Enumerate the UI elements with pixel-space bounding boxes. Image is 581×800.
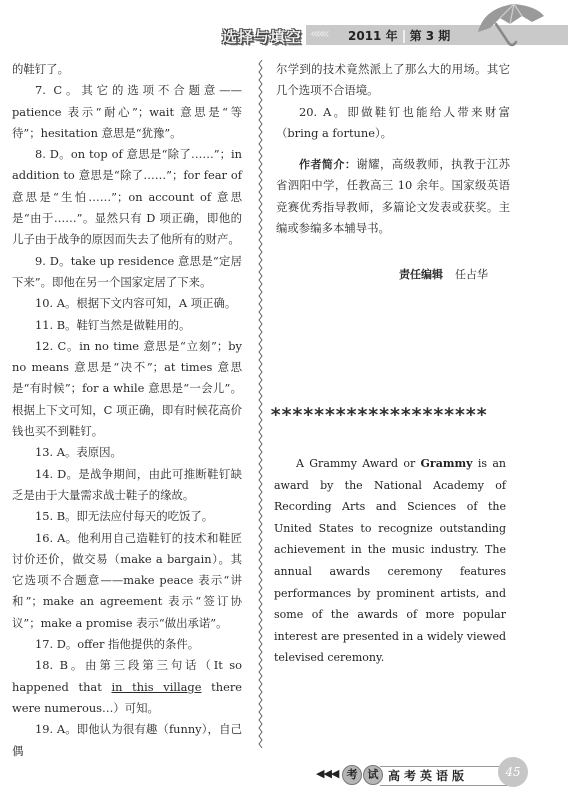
paragraph-continued: 的鞋钉了。: [12, 59, 242, 80]
badge-kao: 考: [342, 765, 362, 785]
responsible-editor: 责任编辑任占华: [276, 264, 510, 285]
author-bio-label: 作者简介：: [299, 158, 356, 171]
answer-7: 7. C。其它的选项不合题意——patience 表示“耐心”；wait 意思是…: [12, 80, 242, 144]
answer-15: 15. B。即无法应付每天的吃饭了。: [12, 506, 242, 527]
issue-number: 第 3 期: [410, 29, 451, 43]
grammy-passage: A Grammy Award or Grammy is an award by …: [274, 453, 506, 669]
grammy-text-b: is an award by the National Academy of R…: [274, 457, 506, 664]
left-arrows-icon: ◀◀◀: [316, 767, 338, 780]
issue-separator: [403, 30, 405, 43]
answer-12: 12. C。in no time 意思是“立刻”；by no means 意思是…: [12, 336, 242, 442]
left-column: 的鞋钉了。 7. C。其它的选项不合题意——patience 表示“耐心”；wa…: [12, 59, 242, 762]
issue-year: 2011 年: [348, 29, 398, 43]
answer-17: 17. D。offer 指他提供的条件。: [12, 634, 242, 655]
editor-name: 任占华: [455, 268, 488, 281]
umbrella-icon: [470, 2, 550, 50]
answer-10: 10. A。根据下文内容可知，A 项正确。: [12, 293, 242, 314]
answer-9: 9. D。take up residence 意思是“定居下来”。即他在另一个国…: [12, 251, 242, 294]
answer-18: 18. B。由第三段第三句话（It so happened that in th…: [12, 655, 242, 719]
section-title: 选择与填空: [222, 26, 302, 47]
editor-label: 责任编辑: [399, 268, 443, 281]
grammy-paragraph: A Grammy Award or Grammy is an award by …: [274, 453, 506, 669]
page-number: 45: [498, 757, 528, 787]
answer-8: 8. D。on top of 意思是“除了……”；in addition to …: [12, 144, 242, 250]
issue-label: 2011 年第 3 期: [348, 27, 450, 44]
badge-shi: 试: [363, 765, 383, 785]
page-header: 选择与填空 ««« 2011 年第 3 期: [0, 0, 581, 48]
answer-11: 11. B。鞋钉当然是做鞋用的。: [12, 315, 242, 336]
wavy-divider: [258, 60, 264, 748]
underlined-phrase: in this village: [112, 680, 202, 694]
grammy-bold-term: Grammy: [421, 457, 473, 470]
asterisk-separator: ********************: [270, 404, 510, 426]
author-bio: 作者简介：谢耀，高级教师，执教于江苏省泗阳中学，任教高三 10 余年。国家级英语…: [276, 154, 510, 239]
page-footer: ◀◀◀ 考 试 高考英语版 45: [0, 755, 581, 800]
publication-name: 高考英语版: [388, 767, 468, 784]
answer-14: 14. D。是战争期间，由此可推断鞋钉缺乏是由于大量需求战士鞋子的缘故。: [12, 464, 242, 507]
grammy-text-a: A Grammy Award or: [296, 457, 421, 470]
answer-13: 13. A。表原因。: [12, 442, 242, 463]
answer-19-continued: 尔学到的技术竟然派上了那么大的用场。其它几个选项不合语境。: [276, 59, 510, 102]
answer-16: 16. A。他利用自己造鞋钉的技术和鞋匠讨价还价，做交易（make a barg…: [12, 528, 242, 634]
chevrons-icon: «««: [310, 26, 327, 42]
right-column: 尔学到的技术竟然派上了那么大的用场。其它几个选项不合语境。 20. A。即做鞋钉…: [276, 59, 510, 286]
answer-20: 20. A。即做鞋钉也能给人带来财富（bring a fortune）。: [276, 102, 510, 145]
